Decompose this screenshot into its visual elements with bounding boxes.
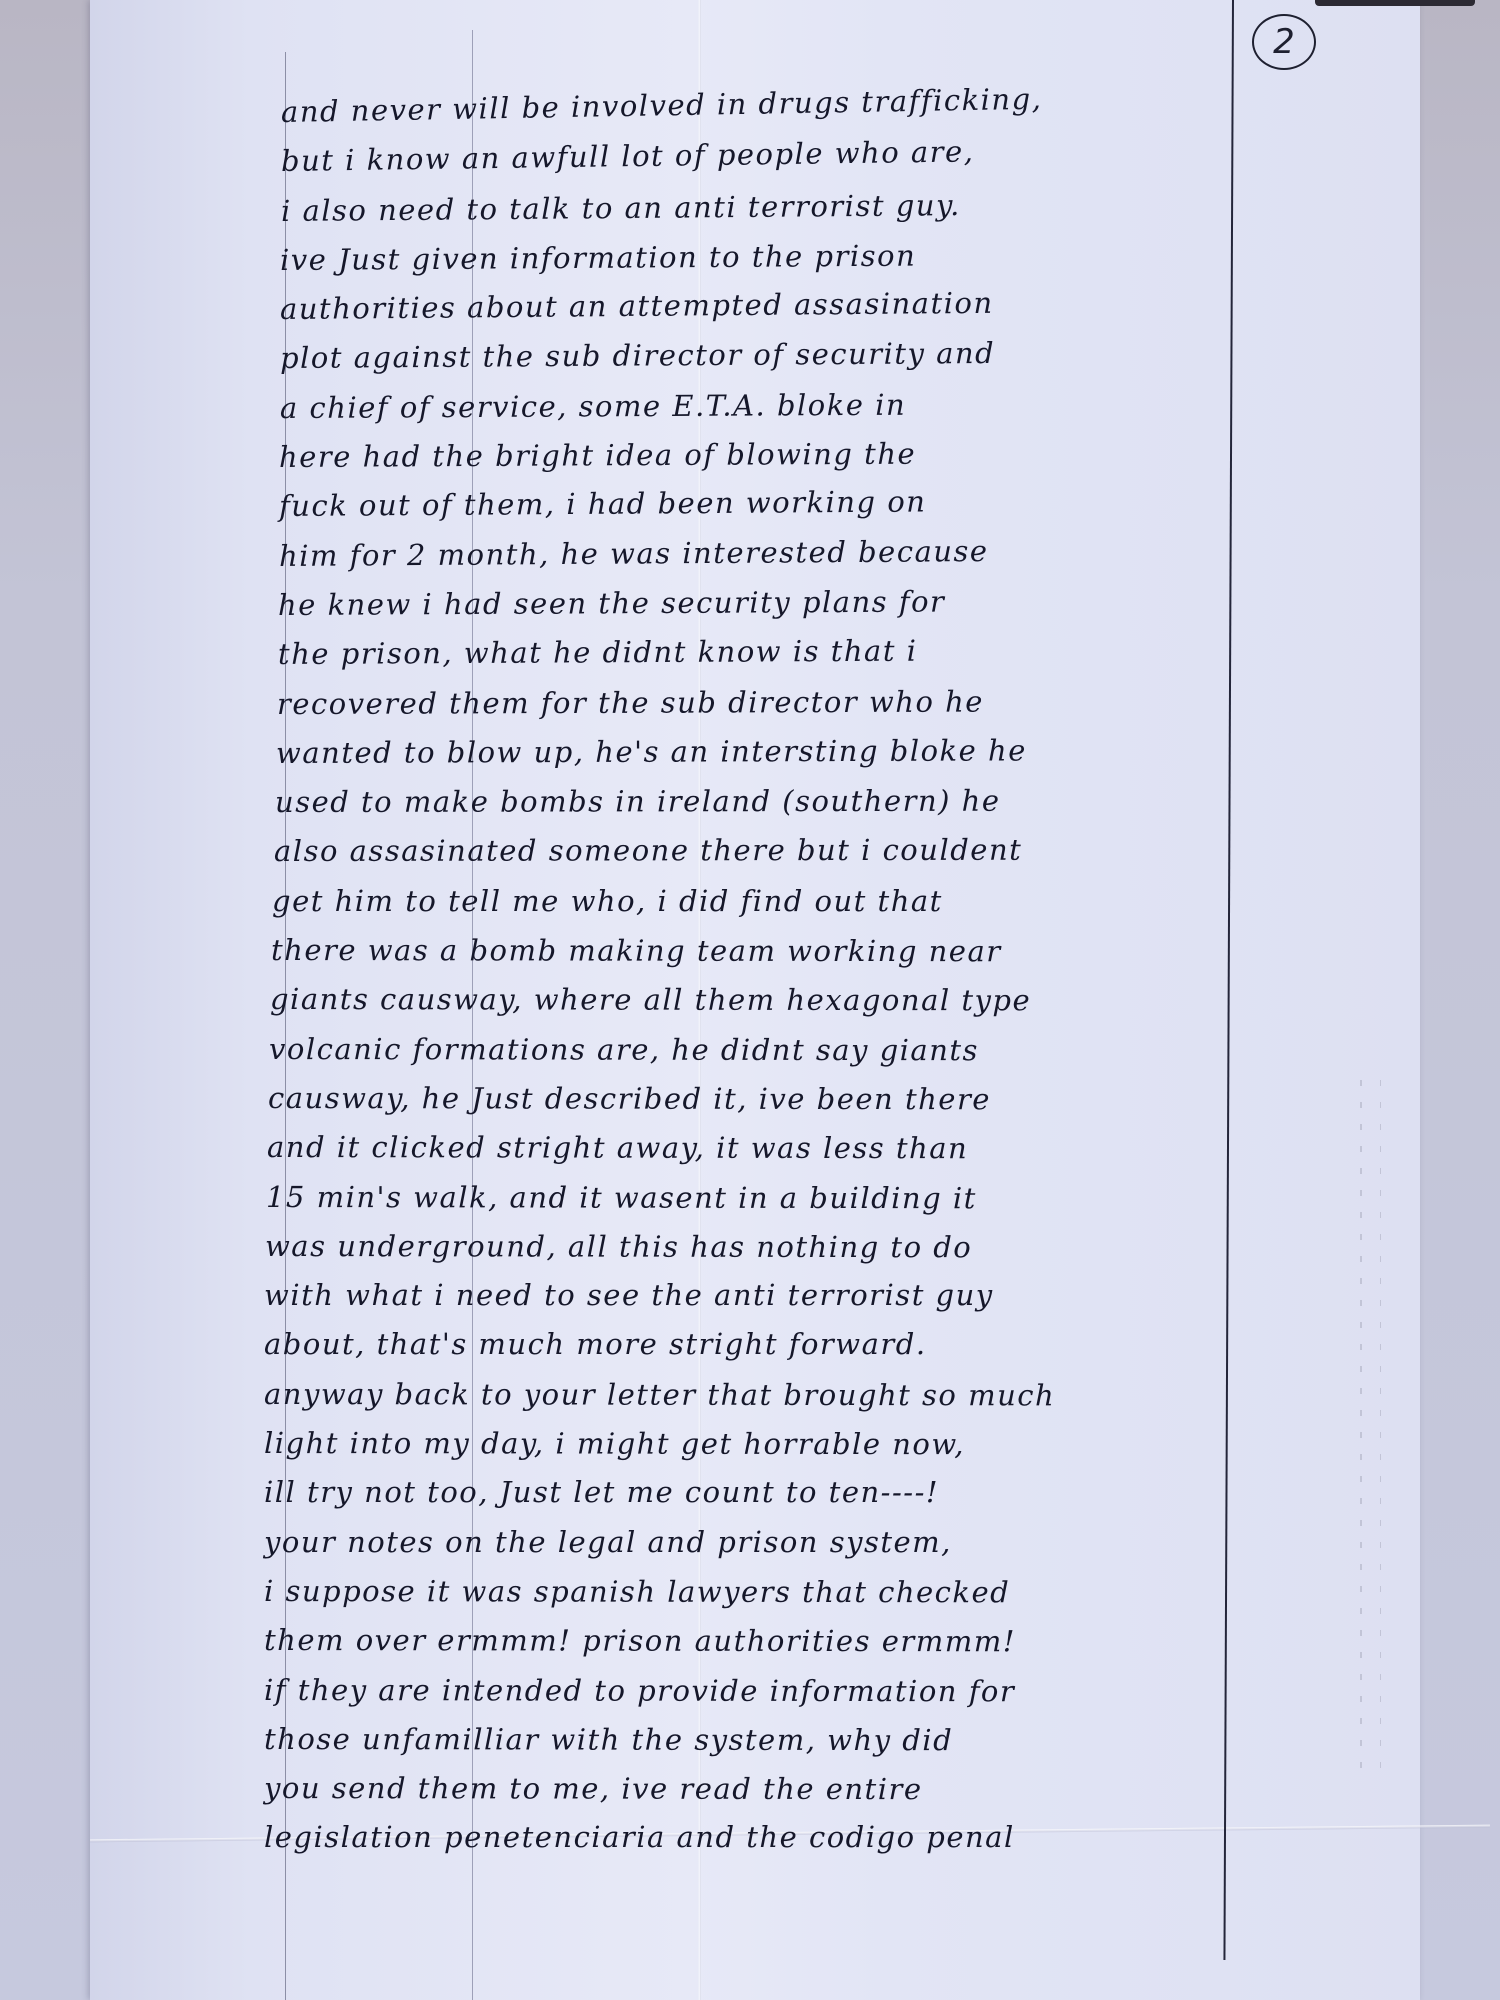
handwritten-line: wanted to blow up, he's an intersting bl… — [276, 725, 1338, 778]
handwritten-line: ill try not too, Just let me count to te… — [264, 1468, 1338, 1517]
handwritten-line: if they are intended to provide informat… — [264, 1666, 1338, 1717]
handwritten-line: him for 2 month, he was interested becau… — [279, 524, 1338, 581]
handwritten-line: a chief of service, some E.T.A. bloke in — [280, 378, 1338, 433]
handwritten-line: fuck out of them, i had been working on — [279, 475, 1338, 532]
handwritten-line: here had the bright idea of blowing the — [279, 428, 1338, 483]
handwritten-line: he knew i had seen the security plans fo… — [278, 575, 1338, 630]
handwritten-line: plot against the sub director of securit… — [280, 327, 1338, 384]
handwritten-line: there was a bomb making team working nea… — [271, 926, 1338, 977]
handwritten-line: was underground, all this has nothing to… — [265, 1222, 1338, 1273]
handwritten-line: those unfamilliar with the system, why d… — [264, 1715, 1338, 1766]
handwritten-line: recovered them for the sub director who … — [277, 676, 1338, 729]
handwritten-line: 15 min's walk, and it wasent in a buildi… — [266, 1173, 1338, 1224]
handwritten-line: light into my day, i might get horrable … — [264, 1419, 1338, 1470]
handwritten-line: and it clicked stright away, it was less… — [267, 1123, 1338, 1174]
handwritten-line: used to make bombs in ireland (southern)… — [275, 776, 1338, 827]
handwritten-line: i also need to talk to an anti terrorist… — [281, 177, 1338, 236]
handwritten-line: authorities about an attempted assasinat… — [280, 276, 1338, 335]
handwritten-line: anyway back to your letter that brought … — [264, 1370, 1338, 1421]
handwritten-line: giants causway, where all them hexagonal… — [270, 975, 1338, 1026]
letter-body: and never will be involved in drugs traf… — [278, 88, 1338, 1863]
handwritten-line: the prison, what he didnt know is that i — [278, 625, 1338, 680]
handwritten-line: your notes on the legal and prison syste… — [264, 1518, 1338, 1567]
bleed-through-marks — [1340, 1080, 1400, 1780]
handwritten-line: with what i need to see the anti terrori… — [264, 1271, 1338, 1320]
handwritten-line: i suppose it was spanish lawyers that ch… — [264, 1567, 1338, 1618]
handwritten-line: get him to tell me who, i did find out t… — [272, 877, 1338, 926]
handwritten-line: you send them to me, ive read the entire — [264, 1764, 1338, 1815]
handwritten-line: volcanic formations are, he didnt say gi… — [269, 1025, 1338, 1076]
handwritten-line: legislation penetenciaria and the codigo… — [264, 1813, 1338, 1862]
page-number: 2 — [1273, 22, 1295, 62]
page-number-circle: 2 — [1252, 14, 1316, 70]
handwritten-line: also assasinated someone there but i cou… — [274, 826, 1338, 877]
handwritten-line: about, that's much more stright forward. — [264, 1320, 1338, 1369]
page-top-shadow — [1315, 0, 1475, 6]
handwritten-line: causway, he Just described it, ive been … — [268, 1074, 1338, 1125]
handwritten-line: them over ermmm! prison authorities ermm… — [264, 1616, 1338, 1667]
